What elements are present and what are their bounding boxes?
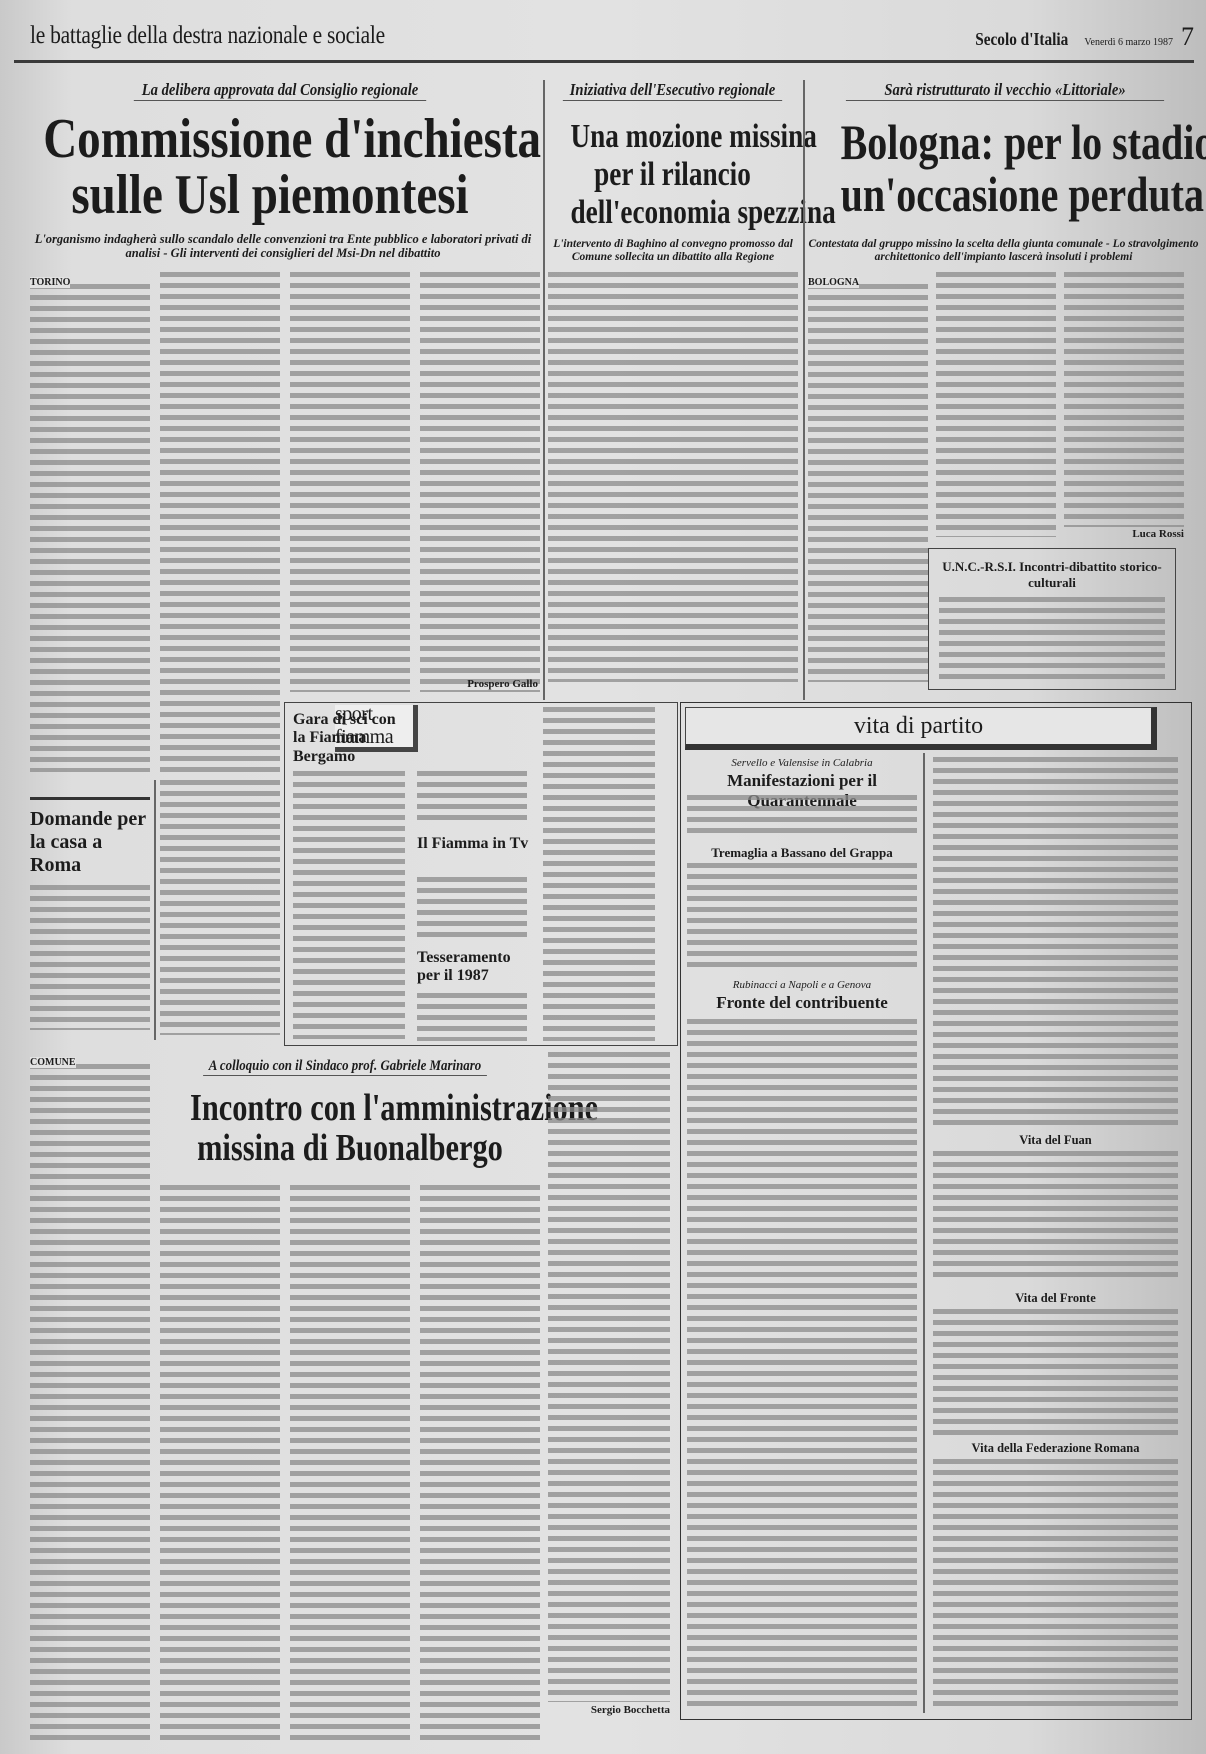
buonalbergo-column-3 <box>290 1185 410 1742</box>
section-body <box>687 1019 917 1711</box>
issue-date: Venerdì 6 marzo 1987 <box>1084 37 1173 48</box>
bologna-subheadline: Contestata dal gruppo missino la scelta … <box>806 238 1201 264</box>
sport-item-body <box>417 877 527 939</box>
masthead-right: Secolo d'Italia Venerdì 6 marzo 1987 7 <box>967 22 1194 52</box>
paper-name: Secolo d'Italia <box>975 29 1068 50</box>
domande-rule <box>30 797 150 800</box>
sport-item-headline: Tesseramento per il 1987 <box>417 949 532 986</box>
usl-subheadline: L'organismo indagherà sullo scandalo del… <box>28 232 538 261</box>
section-headline: Vita del Fuan <box>933 1133 1178 1148</box>
sport-item-body <box>417 993 527 1041</box>
divider <box>923 753 925 1713</box>
sport-item-headline: Il Fiamma in Tv <box>417 835 532 853</box>
usl-column-2b <box>160 780 280 1035</box>
buonalbergo-column-1: COMUNE <box>30 1052 150 1742</box>
masthead-rule <box>14 60 1194 63</box>
section-body <box>933 757 1178 1127</box>
usl-column-4 <box>420 272 540 692</box>
divider <box>154 780 156 1040</box>
usl-column-2 <box>160 272 280 772</box>
buonalbergo-headline-2: missina di Buonalbergo <box>190 1130 510 1167</box>
divider <box>803 80 805 700</box>
bologna-headline-2: un'occasione perduta <box>841 170 1166 219</box>
usl-headline-1: Commissione d'inchiesta <box>43 112 497 167</box>
bologna-headline-1: Bologna: per lo stadio <box>841 118 1166 167</box>
buonalbergo-headline-1: Incontro con l'amministrazione <box>190 1090 510 1127</box>
bologna-column-2 <box>936 272 1056 537</box>
section-headline: Tremaglia a Bassano del Grappa <box>687 845 917 861</box>
liguria-subheadline: L'intervento di Baghino al convegno prom… <box>548 238 798 264</box>
section-body <box>933 1459 1178 1709</box>
sport-item-body <box>543 707 655 1041</box>
bologna-kicker: Sarà ristrutturato il vecchio «Littorial… <box>846 80 1164 101</box>
buonalbergo-kicker: A colloquio con il Sindaco prof. Gabriel… <box>203 1058 487 1076</box>
liguria-body <box>548 272 798 682</box>
liguria-headline-2: per il rilancio <box>571 158 775 191</box>
buonalbergo-column-5 <box>548 1052 670 1702</box>
buonalbergo-column-4 <box>420 1185 540 1742</box>
section-body <box>933 1309 1178 1435</box>
newspaper-page: le battaglie della destra nazionale e so… <box>0 0 1206 1754</box>
domande-headline: Domande per la casa a Roma <box>30 808 150 877</box>
vita-di-partito-label: vita di partito <box>685 707 1157 750</box>
liguria-kicker: Iniziativa dell'Esecutivo regionale <box>563 80 782 101</box>
sport-item-body <box>293 771 405 1039</box>
usl-headline-2: sulle Usl piemontesi <box>43 168 497 223</box>
usl-kicker: La delibera approvata dal Consiglio regi… <box>134 80 426 101</box>
buonalbergo-column-2 <box>160 1185 280 1742</box>
unc-headline: U.N.C.-R.S.I. Incontri-dibattito storico… <box>937 559 1167 591</box>
divider <box>543 80 545 700</box>
bologna-column-1: BOLOGNA <box>808 272 928 682</box>
section-title: le battaglie della destra nazionale e so… <box>30 22 385 50</box>
sport-fiamma-box: sport fiamma Gara di sci con la Fiamma B… <box>284 702 678 1046</box>
domande-body <box>30 885 150 1030</box>
section-kicker: Rubinacci a Napoli e a Genova <box>687 979 917 991</box>
section-headline: Vita della Federazione Romana <box>933 1441 1178 1456</box>
usl-lead-word: TORINO <box>30 277 70 288</box>
sport-item-headline: Gara di sci con la Fiamma Bergamo <box>293 711 408 766</box>
page-number: 7 <box>1181 22 1194 52</box>
liguria-headline-1: Una mozione missina <box>571 120 775 153</box>
bologna-column-3 <box>1064 272 1184 527</box>
unc-body <box>939 597 1165 681</box>
bologna-byline: Luca Rossi <box>1064 528 1184 540</box>
section-headline: Fronte del contribuente <box>687 993 917 1013</box>
bologna-lead-word: BOLOGNA <box>808 277 859 288</box>
buonalbergo-byline: Sergio Bocchetta <box>548 1704 670 1716</box>
usl-column-3 <box>290 272 410 692</box>
sport-item-body <box>417 771 527 826</box>
buonalbergo-lead-word: COMUNE <box>30 1057 76 1068</box>
section-body <box>687 863 917 973</box>
section-kicker: Servello e Valensise in Calabria <box>687 757 917 769</box>
section-body <box>933 1151 1178 1281</box>
vita-di-partito-box: vita di partito Servello e Valensise in … <box>680 702 1192 1720</box>
liguria-byline: Prospero Gallo <box>420 678 538 690</box>
section-body <box>687 795 917 839</box>
usl-column-1: TORINO <box>30 272 150 772</box>
unc-box: U.N.C.-R.S.I. Incontri-dibattito storico… <box>928 548 1176 690</box>
section-headline: Vita del Fronte <box>933 1291 1178 1306</box>
liguria-headline-3: dell'economia spezzina <box>571 196 775 229</box>
